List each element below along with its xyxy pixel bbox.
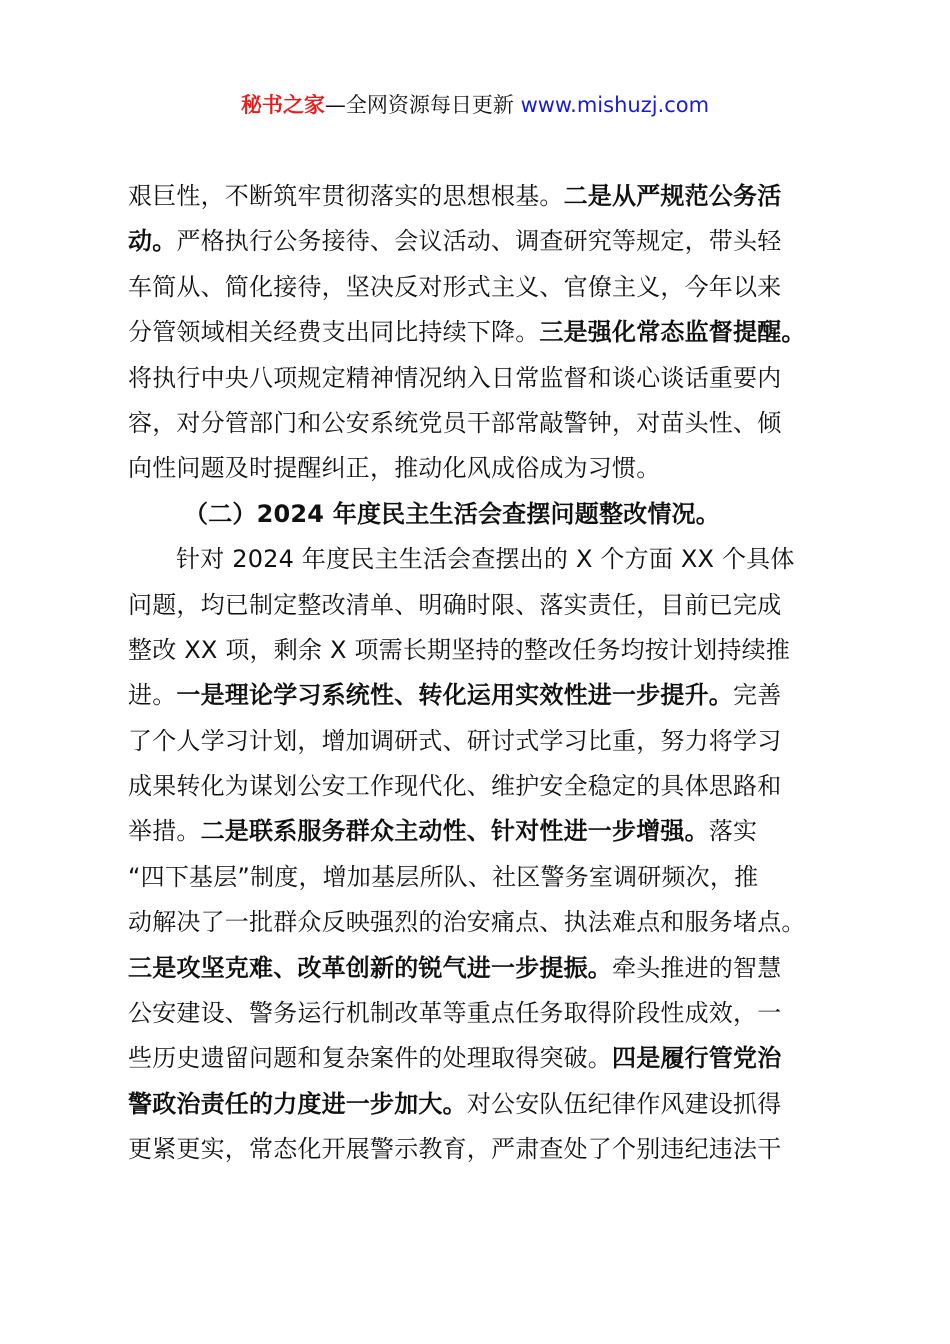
- bold-text: 一是理论学习系统性、转化运用实效性进一步提升。: [176, 681, 733, 709]
- body-text: 进。: [128, 681, 176, 709]
- body-text: 成果转化为谋划公安工作现代化、维护安全稳定的具体思路和: [128, 772, 781, 800]
- paragraph-line: 问题，均已制定整改清单、明确时限、落实责任，目前已完成: [128, 583, 848, 628]
- paragraph-line: 动。严格执行公务接待、会议活动、调查研究等规定，带头轻: [128, 219, 848, 264]
- body-text: 落实: [709, 817, 757, 845]
- bold-text: 动。: [128, 227, 176, 255]
- paragraph-line: 些历史遗留问题和复杂案件的处理取得突破。四是履行管党治: [128, 1036, 848, 1081]
- body-text: “四下基层”制度，增加基层所队、社区警务室调研频次，推: [128, 863, 758, 891]
- paragraph-line: 针对 2024 年度民主生活会查摆出的 X 个方面 XX 个具体: [128, 537, 848, 582]
- bold-text: 警政治责任的力度进一步加大。: [128, 1090, 467, 1118]
- paragraph-line: “四下基层”制度，增加基层所队、社区警务室调研频次，推: [128, 855, 848, 900]
- bold-text: （二）2024 年度民主生活会查摆问题整改情况。: [184, 500, 720, 528]
- body-text: 向性问题及时提醒纠正，推动化风成俗成为习惯。: [128, 454, 660, 482]
- paragraph-line: 公安建设、警务运行机制改革等重点任务取得阶段性成效，一: [128, 991, 848, 1036]
- body-text: 问题，均已制定整改清单、明确时限、落实责任，目前已完成: [128, 591, 781, 619]
- body-text: 更紧更实，常态化开展警示教育，严肃查处了个别违纪违法干: [128, 1135, 781, 1163]
- body-text: 整改 XX 项，剩余 X 项需长期坚持的整改任务均按计划持续推: [128, 636, 790, 664]
- section-heading: （二）2024 年度民主生活会查摆问题整改情况。: [128, 492, 848, 537]
- paragraph-line: 举措。二是联系服务群众主动性、针对性进一步增强。落实: [128, 809, 848, 854]
- paragraph-line: 成果转化为谋划公安工作现代化、维护安全稳定的具体思路和: [128, 764, 848, 809]
- paragraph-line: 动解决了一批群众反映强烈的治安痛点、执法难点和服务堵点。: [128, 900, 848, 945]
- body-text: 牵头推进的智慧: [612, 954, 781, 982]
- paragraph-line: 分管领域相关经费支出同比持续下降。三是强化常态监督提醒。: [128, 310, 848, 355]
- paragraph-line: 更紧更实，常态化开展警示教育，严肃查处了个别违纪违法干: [128, 1127, 848, 1172]
- body-text: 举措。: [128, 817, 201, 845]
- body-text: 针对 2024 年度民主生活会查摆出的 X 个方面 XX 个具体: [176, 545, 795, 573]
- paragraph-line: 进。一是理论学习系统性、转化运用实效性进一步提升。完善: [128, 673, 848, 718]
- bold-text: 二是从严规范公务活: [564, 182, 782, 210]
- body-text: 将执行中央八项规定精神情况纳入日常监督和谈心谈话重要内: [128, 364, 781, 392]
- site-brand: 秘书之家: [241, 93, 325, 117]
- paragraph-line: 警政治责任的力度进一步加大。对公安队伍纪律作风建设抓得: [128, 1082, 848, 1127]
- paragraph-line: 整改 XX 项，剩余 X 项需长期坚持的整改任务均按计划持续推: [128, 628, 848, 673]
- site-url-link[interactable]: www.mishuzj.com: [521, 93, 710, 117]
- paragraph-line: 容，对分管部门和公安系统党员干部常敲警钟，对苗头性、倾: [128, 401, 848, 446]
- bold-text: 四是履行管党治: [612, 1044, 781, 1072]
- body-text: 容，对分管部门和公安系统党员干部常敲警钟，对苗头性、倾: [128, 409, 781, 437]
- body-text: 艰巨性，不断筑牢贯彻落实的思想根基。: [128, 182, 564, 210]
- bold-text: 二是联系服务群众主动性、针对性进一步增强。: [201, 817, 709, 845]
- paragraph-line: 车简从、简化接待，坚决反对形式主义、官僚主义，今年以来: [128, 265, 848, 310]
- site-header: 秘书之家—全网资源每日更新 www.mishuzj.com: [0, 88, 950, 122]
- paragraph-line: 将执行中央八项规定精神情况纳入日常监督和谈心谈话重要内: [128, 356, 848, 401]
- paragraph-line: 艰巨性，不断筑牢贯彻落实的思想根基。二是从严规范公务活: [128, 174, 848, 219]
- body-text: 动解决了一批群众反映强烈的治安痛点、执法难点和服务堵点。: [128, 908, 806, 936]
- body-text: 些历史遗留问题和复杂案件的处理取得突破。: [128, 1044, 612, 1072]
- body-text: 了个人学习计划，增加调研式、研讨式学习比重，努力将学习: [128, 727, 781, 755]
- paragraph-line: 向性问题及时提醒纠正，推动化风成俗成为习惯。: [128, 446, 848, 491]
- bold-text: 三是攻坚克难、改革创新的锐气进一步提振。: [128, 954, 612, 982]
- body-text: 完善: [733, 681, 781, 709]
- body-text: 严格执行公务接待、会议活动、调查研究等规定，带头轻: [176, 227, 781, 255]
- body-text: 公安建设、警务运行机制改革等重点任务取得阶段性成效，一: [128, 999, 781, 1027]
- document-body: 艰巨性，不断筑牢贯彻落实的思想根基。二是从严规范公务活动。严格执行公务接待、会议…: [128, 174, 848, 1173]
- body-text: 车简从、简化接待，坚决反对形式主义、官僚主义，今年以来: [128, 273, 781, 301]
- paragraph-line: 三是攻坚克难、改革创新的锐气进一步提振。牵头推进的智慧: [128, 946, 848, 991]
- body-text: 对公安队伍纪律作风建设抓得: [467, 1090, 782, 1118]
- paragraph-line: 了个人学习计划，增加调研式、研讨式学习比重，努力将学习: [128, 719, 848, 764]
- body-text: 分管领域相关经费支出同比持续下降。: [128, 318, 539, 346]
- bold-text: 三是强化常态监督提醒。: [539, 318, 805, 346]
- site-tagline: —全网资源每日更新: [325, 93, 514, 117]
